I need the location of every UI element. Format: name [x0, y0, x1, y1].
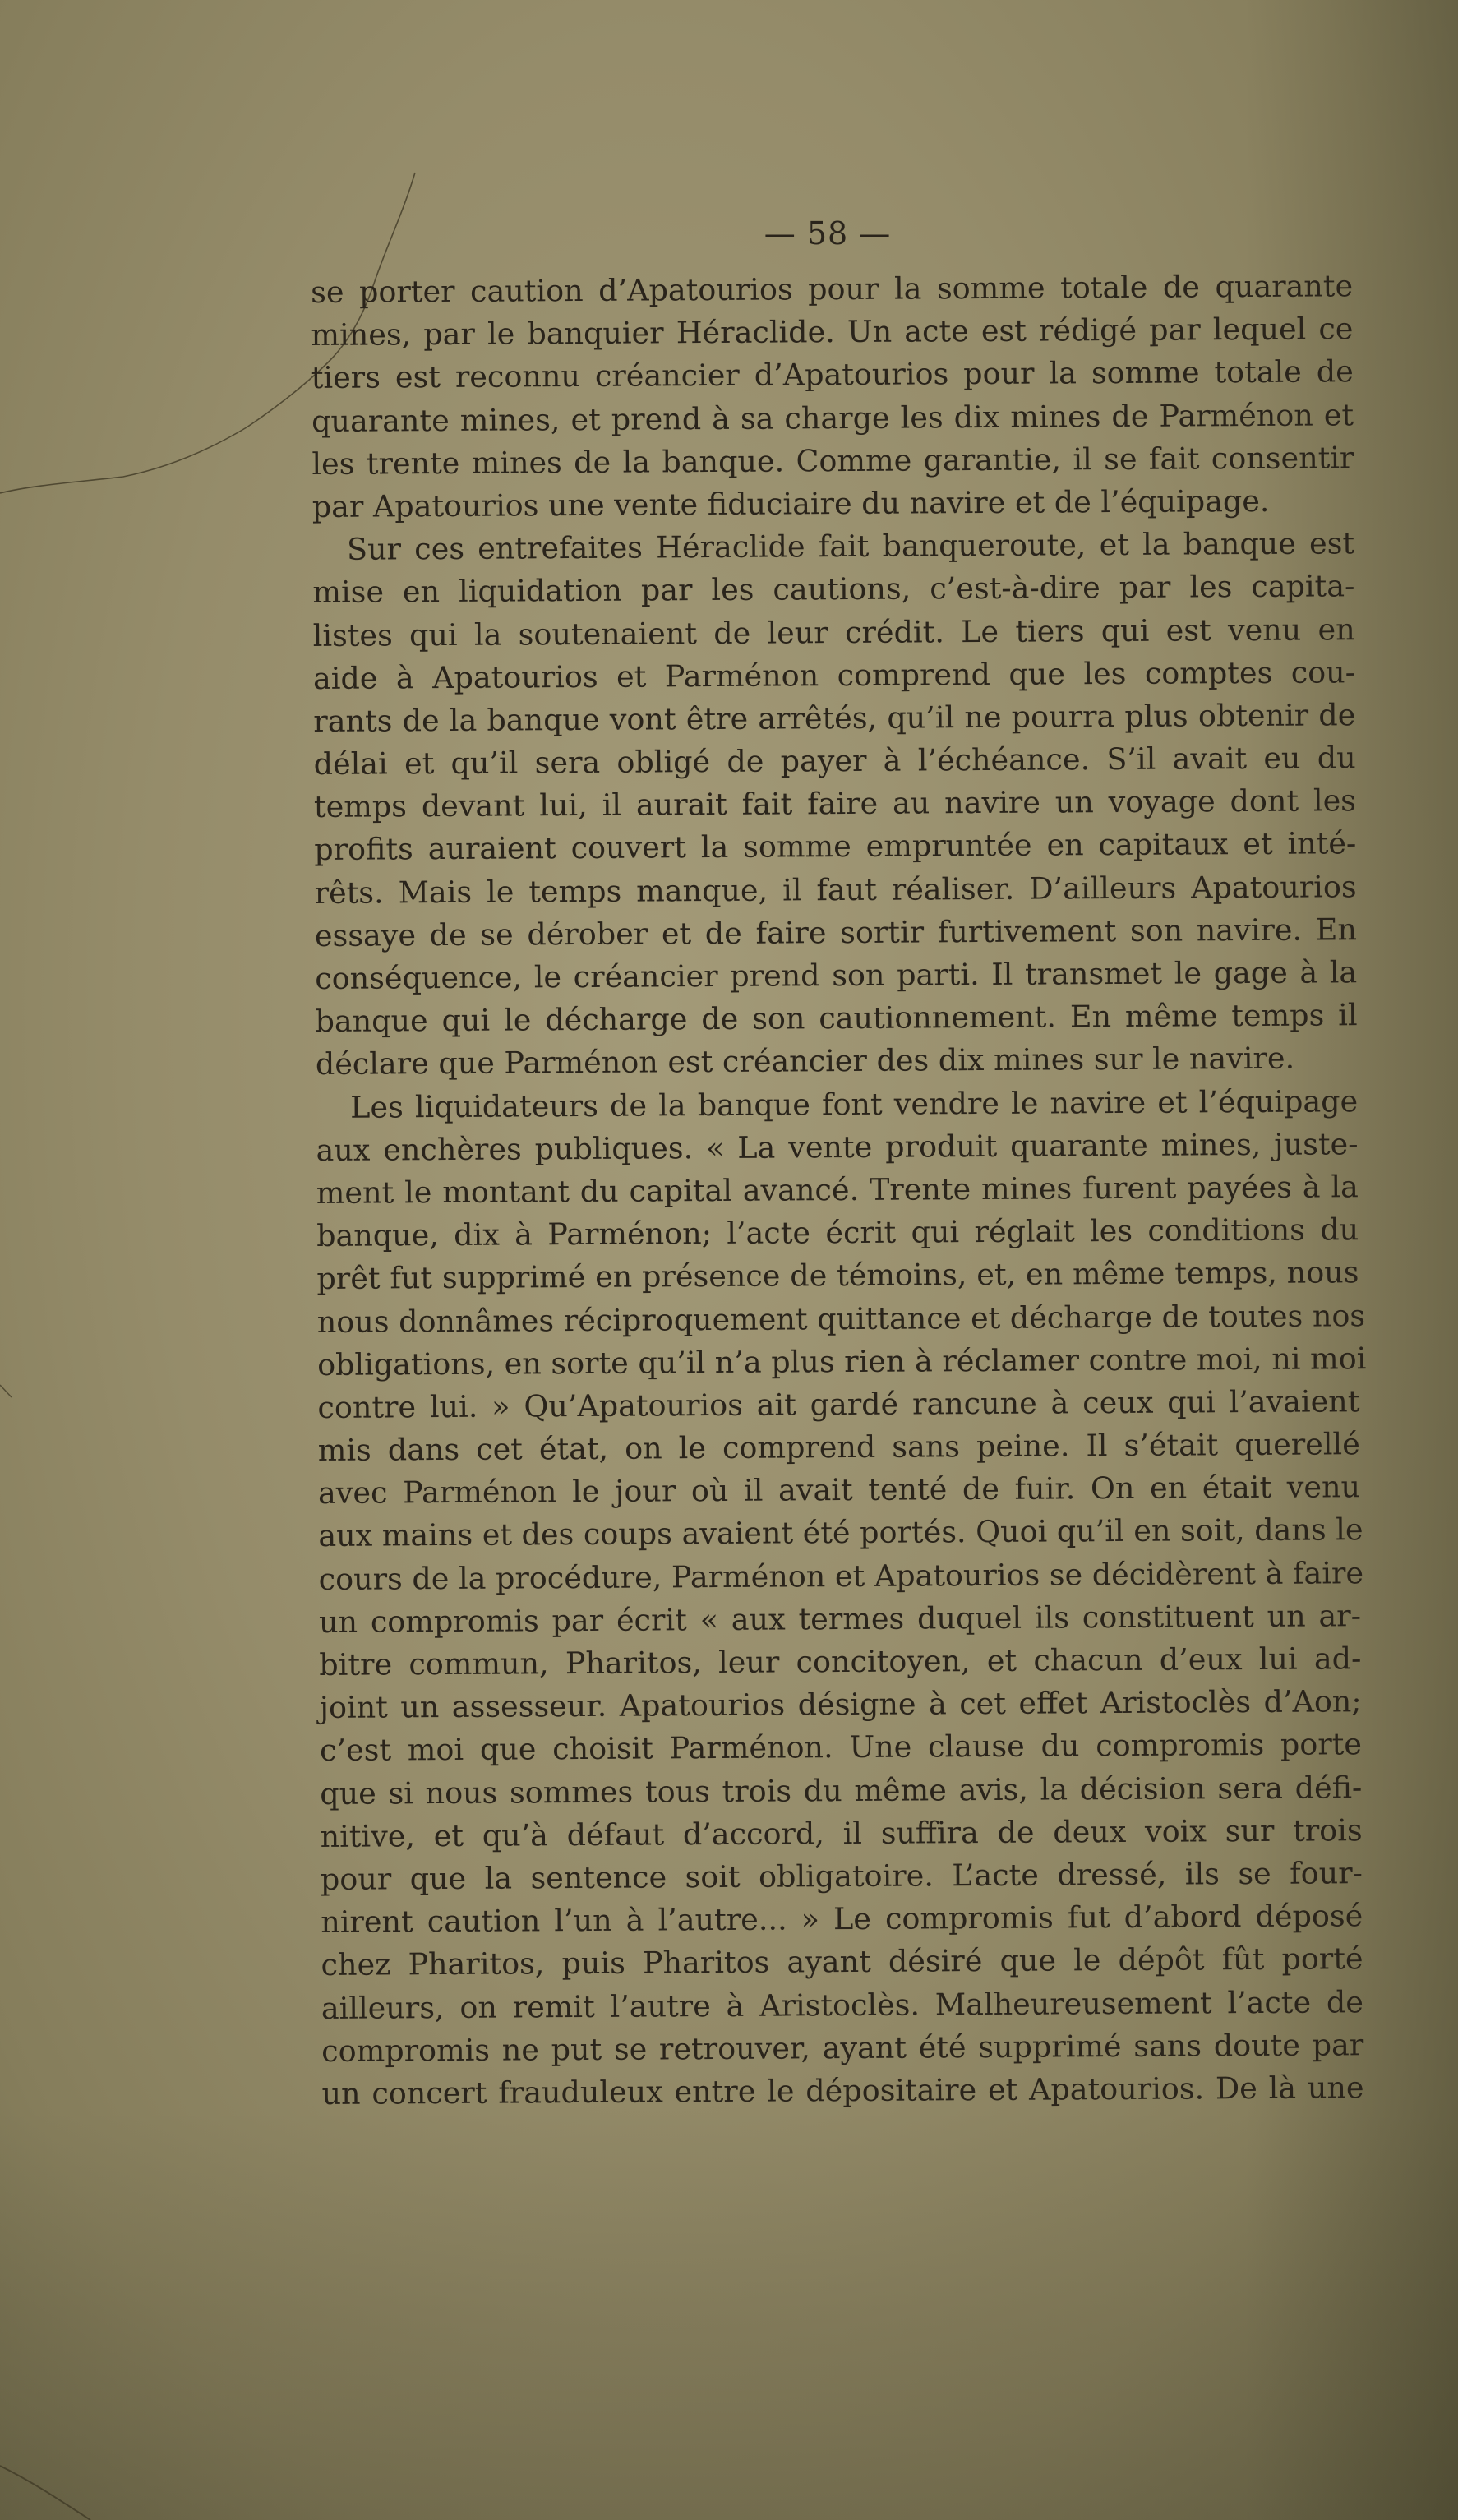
text-line: aide à Apatourios et Parménon comprend q…	[313, 651, 1355, 700]
text-line: listes qui la soutenaient de leur crédit…	[313, 608, 1355, 658]
text-line: un concert frauduleux entre le dépositai…	[321, 2066, 1363, 2116]
text-line: aux enchères publiques. « La vente produ…	[316, 1123, 1358, 1172]
text-line: mise en liquidation par les cautions, c’…	[312, 565, 1354, 615]
text-line: se porter caution d’Apatourios pour la s…	[311, 265, 1353, 314]
text-line: obligations, en sorte qu’il n’a plus rie…	[317, 1337, 1359, 1387]
text-line: nitive, et qu’à défaut d’accord, il suff…	[320, 1809, 1362, 1858]
text-line: cours de la procédure, Parménon et Apato…	[319, 1552, 1361, 1601]
text-line: ailleurs, on remit l’autre à Aristoclès.…	[321, 1981, 1363, 2030]
text-line: bitre commun, Pharitos, leur concitoyen,…	[319, 1637, 1361, 1687]
text-line: conséquence, le créancier prend son part…	[315, 951, 1357, 1000]
text-line: les trente mines de la banque. Comme gar…	[311, 436, 1354, 486]
paragraph-start-line: Les liquidateurs de la banque font vendr…	[316, 1080, 1358, 1129]
text-line: joint un assesseur. Apatourios désigne à…	[320, 1680, 1362, 1729]
text-line: profits auraient couvert la somme emprun…	[314, 823, 1356, 872]
text-line: avec Parménon le jour où il avait tenté …	[318, 1465, 1360, 1515]
text-line: compromis ne put se retrouver, ayant été…	[321, 2024, 1363, 2073]
text-line: prêt fut supprimé en présence de témoins…	[316, 1252, 1359, 1301]
text-line: mis dans cet état, on le comprend sans p…	[318, 1423, 1360, 1472]
text-line: rants de la banque vont être arrêtés, qu…	[313, 694, 1355, 743]
text-line: tiers est reconnu créancier d’Apatourios…	[311, 351, 1354, 400]
text-line: contre lui. » Qu’Apatourios ait gardé ra…	[317, 1380, 1359, 1429]
text-line: quarante mines, et prend à sa charge les…	[311, 394, 1354, 443]
text-line: mines, par le banquier Héraclide. Un act…	[311, 307, 1353, 357]
text-line: un compromis par écrit « aux termes duqu…	[319, 1595, 1361, 1644]
paragraph-start-line: Sur ces entrefaites Héraclide fait banqu…	[312, 522, 1354, 571]
text-line: ment le montant du capital avancé. Trent…	[316, 1165, 1359, 1215]
text-line: banque qui le décharge de son cautionnem…	[315, 994, 1357, 1043]
text-line: temps devant lui, il aurait fait faire a…	[314, 779, 1356, 828]
text-line: nous donnâmes réciproquement quittance e…	[317, 1295, 1359, 1344]
text-line: chez Pharitos, puis Pharitos ayant désir…	[321, 1938, 1363, 1987]
text-line: banque, dix à Parménon; l’acte écrit qui…	[316, 1208, 1359, 1258]
text-line: nirent caution l’un à l’autre... » Le co…	[321, 1895, 1363, 1944]
text-line: que si nous sommes tous trois du même av…	[320, 1766, 1362, 1816]
scanned-book-page: — 58 — se porter caution d’Apatourios po…	[0, 0, 1458, 2520]
body-text: se porter caution d’Apatourios pour la s…	[311, 265, 1364, 2116]
text-line: aux mains et des coups avaient été porté…	[318, 1509, 1360, 1558]
text-line: essaye de se dérober et de faire sortir …	[315, 908, 1357, 958]
text-line: pour que la sentence soit obligatoire. L…	[321, 1852, 1363, 1901]
text-line: délai et qu’il sera obligé de payer à l’…	[314, 736, 1356, 786]
text-line: déclare que Parménon est créancier des d…	[316, 1037, 1358, 1087]
text-line: c’est moi que choisit Parménon. Une clau…	[320, 1724, 1362, 1773]
page-number: — 58 —	[0, 215, 1458, 252]
text-line: rêts. Mais le temps manque, il faut réal…	[314, 865, 1356, 915]
text-line: par Apatourios une vente fiduciaire du n…	[312, 479, 1354, 528]
